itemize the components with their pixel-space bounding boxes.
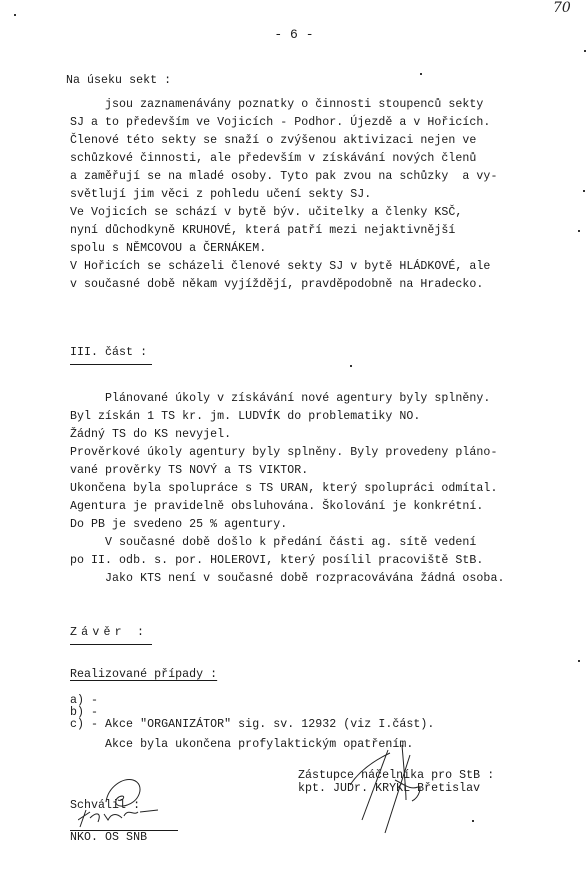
text-line: Agentura je pravidelně obsluhována. Škol… [70,500,483,514]
section-heading-sect: Na úseku sekt : [66,74,171,88]
heading-underline [70,644,152,645]
page-number: - 6 - [0,28,588,42]
scan-speck [578,660,580,662]
text-line: a zaměřují se na mladé osoby. Tyto pak z… [70,170,497,184]
list-item: c) - Akce "ORGANIZÁTOR" sig. sv. 12932 (… [70,718,434,732]
document-page: 70 - 6 - Na úseku sekt : jsou zaznamenáv… [0,0,588,879]
section-heading-conclusion: Závěr : [70,626,148,640]
handwritten-folio-number: 70 [553,0,571,16]
text-line: Prověrkové úkoly agentury byly splněny. … [70,446,497,460]
text-line: po II. odb. s. por. HOLEROVI, který posí… [70,554,483,568]
scan-speck [578,230,580,232]
subheading-realized-cases: Realizované případy : [70,668,217,682]
text-line: schůzkové činnosti, ale především v získ… [70,152,476,166]
text-line: vané prověrky TS NOVÝ a TS VIKTOR. [70,464,308,478]
text-line: Žádný TS do KS nevyjel. [70,428,231,442]
scan-speck [14,14,16,16]
text-line: v současné době někam vyjíždějí, pravděp… [70,278,483,292]
signatory-name: kpt. JUDr. KRYKL Břetislav [298,782,480,796]
text-line: Do PB je svedeno 25 % agentury. [70,518,287,532]
approver-title: NKO. OS SNB [70,831,147,845]
text-line: SJ a to především ve Vojicích - Podhor. … [70,116,490,130]
heading-underline [70,364,152,365]
text-line: Byl získán 1 TS kr. jm. LUDVÍK do proble… [70,410,420,424]
list-item: Akce byla ukončena profylaktickým opatře… [70,738,413,752]
text-line: světlují jim věci z pohledu učení sekty … [70,188,371,202]
signatory-title: Zástupce náčelníka pro StB : [298,769,494,783]
scan-speck [583,190,585,192]
scan-speck [472,820,474,822]
scan-speck [350,365,352,367]
text-line: spolu s NĚMCOVOU a ČERNÁKEM. [70,242,266,256]
text-line: Členové této sekty se snaží o zvýšenou a… [70,134,476,148]
text-line: Jako KTS není v současné době rozpracová… [70,572,504,586]
text-line: V současné době došlo k předání části ag… [70,536,476,550]
scan-speck [584,50,586,52]
text-line: Ve Vojicích se schází v bytě býv. učitel… [70,206,462,220]
scan-speck [420,73,422,75]
approved-label: Schválil : [70,799,140,813]
text-line: jsou zaznamenávány poznatky o činnosti s… [70,98,483,112]
section-heading-part-3: III. část : [70,346,147,360]
text-line: Ukončena byla spolupráce s TS URAN, kter… [70,482,497,496]
text-line: Plánované úkoly v získávání nové agentur… [70,392,490,406]
text-line: nyní důchodkyně KRUHOVÉ, která patří mez… [70,224,455,238]
text-line: V Hořicích se scházeli členové sekty SJ … [70,260,490,274]
